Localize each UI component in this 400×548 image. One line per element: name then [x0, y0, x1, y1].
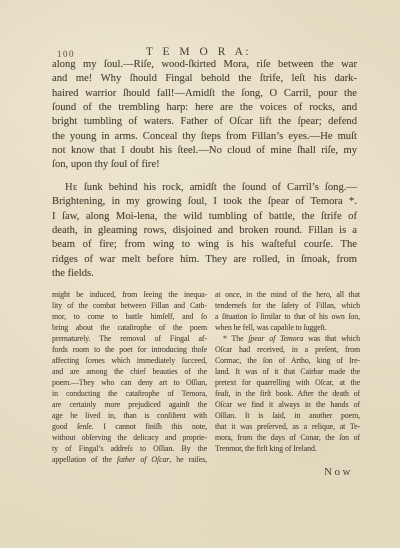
text-line: beam of fire; from wing to wing is his w…	[52, 238, 357, 252]
text-line: not know that I doubt his ſteel.—No clou…	[52, 144, 357, 158]
text-line: bring about the cataſtrophe of the poem	[52, 322, 207, 333]
body-paragraph-2: He ſunk behind his rock, amidſt the ſoun…	[52, 181, 357, 281]
text-line: Cormac, the ſon of Artho, king of Ire-	[215, 355, 360, 366]
footnote-column-left: might be induced, from ſeeing the inequa…	[52, 289, 207, 465]
text-line: bright tumbling of waters. Father of Oſc…	[52, 115, 357, 129]
text-line: lity of the combat between Fillan and Ca…	[52, 300, 207, 311]
text-line: at once, in the mind of the hero, all th…	[215, 289, 360, 300]
text-line: prematurely. The removal of Fingal af-	[52, 333, 207, 344]
text-line: tenderneſs for the ſafety of Fillan, whi…	[215, 300, 360, 311]
book-page: 100 T E M O R A: along my ſoul.—Riſe, wo…	[0, 0, 400, 548]
text-line: when he fell, was capable to ſuggeſt.	[215, 322, 360, 333]
text-line: the fields.	[52, 267, 357, 281]
text-line: affecting ſcenes which immediately ſucce…	[52, 355, 207, 366]
footnote-column-right: at once, in the mind of the hero, all th…	[215, 289, 360, 454]
body-paragraph-1: along my ſoul.—Riſe, wood-ſkirted Mora, …	[52, 58, 357, 173]
text-line: in conducting the cataſtrophe of Temora,	[52, 388, 207, 399]
text-line: ſound of the trembling harp: here are th…	[52, 101, 357, 115]
text-line: fords room to the poet for introducing t…	[52, 344, 207, 355]
text-line: the young in arms. Conceal thy ſteps fro…	[52, 130, 357, 144]
text-line: are certainly more prejudiced againſt th…	[52, 399, 207, 410]
text-line: feaſt, in the firſt book. After the deat…	[215, 388, 360, 399]
text-line: ridges of war melt before him. They are …	[52, 253, 357, 267]
text-line: that it was preſerved, as a relique, at …	[215, 421, 360, 432]
text-line: pretext for quarrelling with Oſcar, at t…	[215, 377, 360, 388]
text-line: Brightening, in my growing ſoul, I took …	[52, 195, 357, 209]
running-title: T E M O R A:	[46, 46, 351, 58]
text-line: along my ſoul.—Riſe, wood-ſkirted Mora, …	[52, 58, 357, 72]
text-line: Trenmor, the firſt king of Ireland.	[215, 443, 360, 454]
text-line: Oſcar had received, in a preſent, from	[215, 344, 360, 355]
text-line: death, in gleaming rows, disjoined and b…	[52, 224, 357, 238]
text-line: He ſunk behind his rock, amidſt the ſoun…	[52, 181, 357, 195]
text-line: land. It was of it that Cairbar made the	[215, 366, 360, 377]
text-line: and are among the chief beauties of the	[52, 366, 207, 377]
text-line: mora, from the days of Conar, the ſon of	[215, 432, 360, 443]
text-line: good ſenſe. I cannot finiſh this note,	[52, 421, 207, 432]
text-line: poem.—They who can deny art to Oſſian,	[52, 377, 207, 388]
text-line: age he lived in, than is conſiſtent with	[52, 410, 207, 421]
text-line: ſon, upon thy ſoul of fire!	[52, 158, 357, 172]
text-line: without obſerving the delicacy and propr…	[52, 432, 207, 443]
text-line: mor, to come to battle himſelf, and ſo	[52, 311, 207, 322]
text-line: Oſcar we find it always in the hands of	[215, 399, 360, 410]
text-line: and me! Why ſhould Fingal behold the ſtr…	[52, 72, 357, 86]
catchword: Now	[324, 466, 353, 478]
text-line: Oſſian. It is ſaid, in another poem,	[215, 410, 360, 421]
text-line: ty of Fingal’s addreſs to Oſſian. By the	[52, 443, 207, 454]
text-line: might be induced, from ſeeing the inequa…	[52, 289, 207, 300]
text-line: * The ſpear of Temora was that which	[215, 333, 360, 344]
text-line: I ſaw, along Moi-lena, the wild tumbling…	[52, 210, 357, 224]
text-line: appellation of the father of Oſcar, he r…	[52, 454, 207, 465]
text-line: haired warrior ſhould fall!—Amidſt the ſ…	[52, 87, 357, 101]
text-line: a ſituation ſo ſimilar to that of his ow…	[215, 311, 360, 322]
